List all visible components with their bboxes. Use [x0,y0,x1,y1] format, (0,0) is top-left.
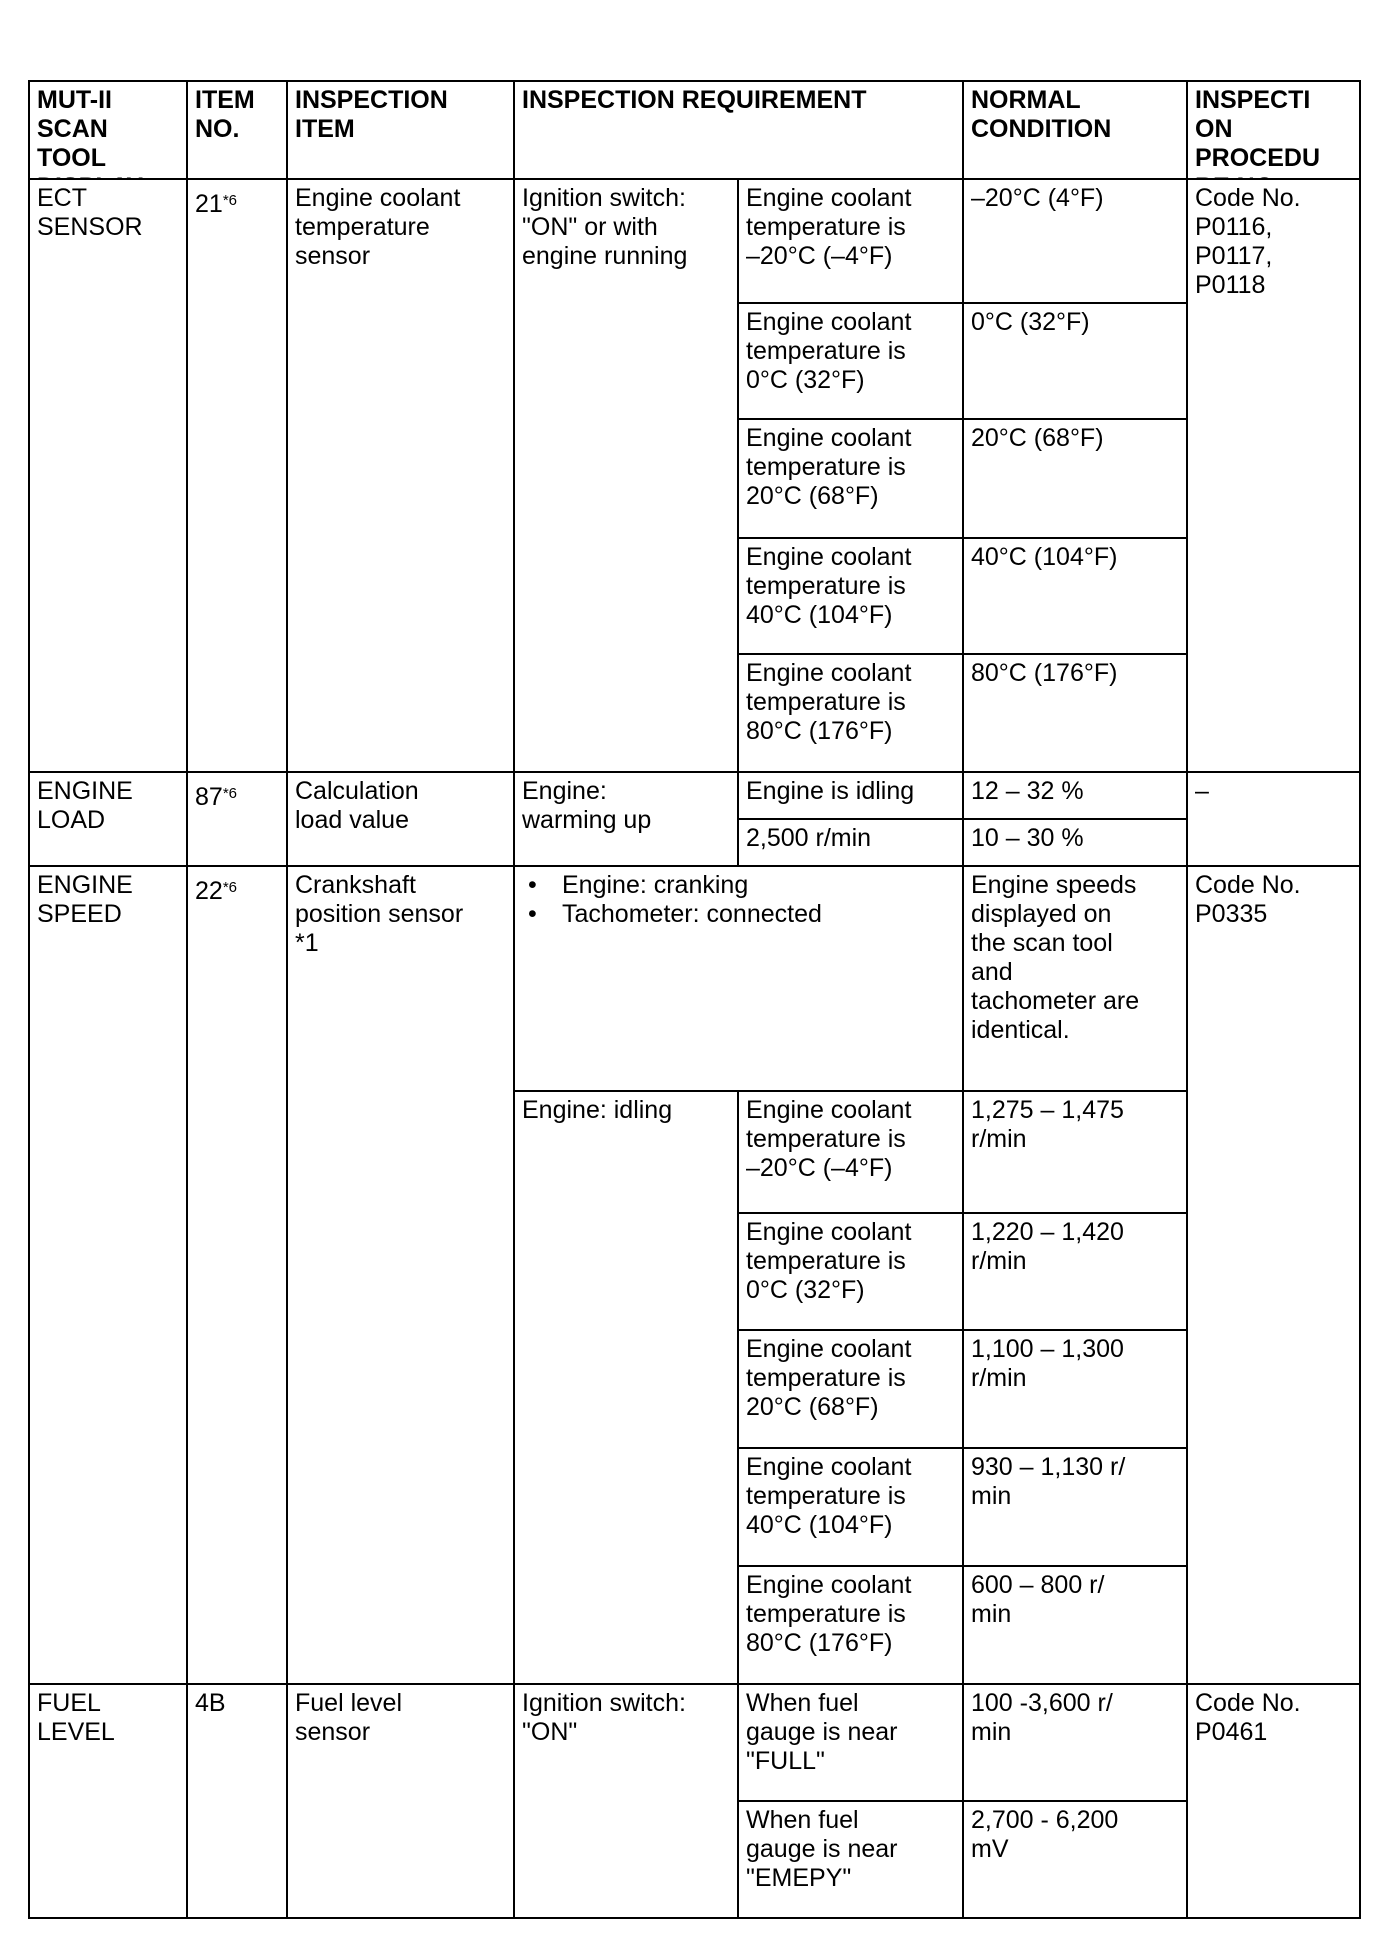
speed-idle-requirement: Engine: idling [513,1090,739,1685]
ect-condition-row: Engine coolant temperature is 40°C (104°… [737,537,964,655]
speed-normal-row: 1,220 – 1,420 r/min [962,1212,1188,1331]
header-normal-condition: NORMAL CONDITION [962,80,1188,180]
item-no-footnote: *6 [223,192,237,209]
ect-normal-row: 40°C (104°F) [962,537,1188,655]
speed-normal-row: 930 – 1,130 r/ min [962,1447,1188,1567]
bullet-item: Engine: cranking [528,871,956,900]
speed-condition-row: Engine coolant temperature is 40°C (104°… [737,1447,964,1567]
header-procedure-no: INSPECTI ON PROCEDU RE NO. [1186,80,1361,180]
speed-cranking-normal: Engine speeds displayed on the scan tool… [962,865,1188,1092]
load-normal-row: 10 – 30 % [962,818,1188,867]
ect-inspection-item: Engine coolant temperature sensor [286,178,515,773]
speed-display: ENGINE SPEED [28,865,188,1685]
inspection-table: MUT-II SCAN TOOL DISPLAY ITEM NO. INSPEC… [0,0,1392,1944]
speed-normal-row: 1,275 – 1,475 r/min [962,1090,1188,1214]
speed-procedure-no: Code No. P0335 [1186,865,1361,1685]
ect-requirement: Ignition switch: "ON" or with engine run… [513,178,739,773]
load-condition-row: Engine is idling [737,771,964,820]
item-no-footnote: *6 [223,785,237,802]
ect-condition-row: Engine coolant temperature is 20°C (68°F… [737,418,964,539]
fuel-item-no: 4B [186,1683,288,1919]
header-inspection-item: INSPECTION ITEM [286,80,515,180]
fuel-inspection-item: Fuel level sensor [286,1683,515,1919]
ect-display: ECT SENSOR [28,178,188,773]
ect-normal-row: –20°C (4°F) [962,178,1188,304]
load-display: ENGINE LOAD [28,771,188,867]
load-condition-row: 2,500 r/min [737,818,964,867]
speed-normal-row: 1,100 – 1,300 r/min [962,1329,1188,1449]
ect-normal-row: 20°C (68°F) [962,418,1188,539]
ect-procedure-no: Code No. P0116, P0117, P0118 [1186,178,1361,773]
speed-cranking-requirement: Engine: cranking Tachometer: connected [513,865,964,1092]
speed-condition-row: Engine coolant temperature is 80°C (176°… [737,1565,964,1685]
item-no-footnote: *6 [223,879,237,896]
load-procedure-no: – [1186,771,1361,867]
item-no-value: 21 [195,190,223,218]
speed-item-no: 22*6 [186,865,288,1685]
load-normal-row: 12 – 32 % [962,771,1188,820]
load-item-no: 87*6 [186,771,288,867]
cranking-bullet-list: Engine: cranking Tachometer: connected [522,871,956,929]
load-requirement: Engine: warming up [513,771,739,867]
item-no-value: 87 [195,783,223,811]
bullet-item: Tachometer: connected [528,900,956,929]
fuel-procedure-no: Code No. P0461 [1186,1683,1361,1919]
header-display: MUT-II SCAN TOOL DISPLAY [28,80,188,180]
load-inspection-item: Calculation load value [286,771,515,867]
fuel-requirement: Ignition switch: "ON" [513,1683,739,1919]
speed-condition-row: Engine coolant temperature is 20°C (68°F… [737,1329,964,1449]
speed-inspection-item: Crankshaft position sensor *1 [286,865,515,1685]
ect-condition-row: Engine coolant temperature is 80°C (176°… [737,653,964,773]
speed-condition-row: Engine coolant temperature is –20°C (–4°… [737,1090,964,1214]
ect-condition-row: Engine coolant temperature is –20°C (–4°… [737,178,964,304]
speed-condition-row: Engine coolant temperature is 0°C (32°F) [737,1212,964,1331]
ect-normal-row: 0°C (32°F) [962,302,1188,420]
fuel-display: FUEL LEVEL [28,1683,188,1919]
fuel-normal-row: 100 -3,600 r/ min [962,1683,1188,1802]
ect-item-no: 21*6 [186,178,288,773]
item-no-value: 22 [195,877,223,905]
header-inspection-requirement: INSPECTION REQUIREMENT [513,80,964,180]
fuel-condition-row: When fuel gauge is near "EMEPY" [737,1800,964,1919]
ect-condition-row: Engine coolant temperature is 0°C (32°F) [737,302,964,420]
header-item-no: ITEM NO. [186,80,288,180]
speed-normal-row: 600 – 800 r/ min [962,1565,1188,1685]
ect-normal-row: 80°C (176°F) [962,653,1188,773]
fuel-normal-row: 2,700 - 6,200 mV [962,1800,1188,1919]
fuel-condition-row: When fuel gauge is near "FULL" [737,1683,964,1802]
